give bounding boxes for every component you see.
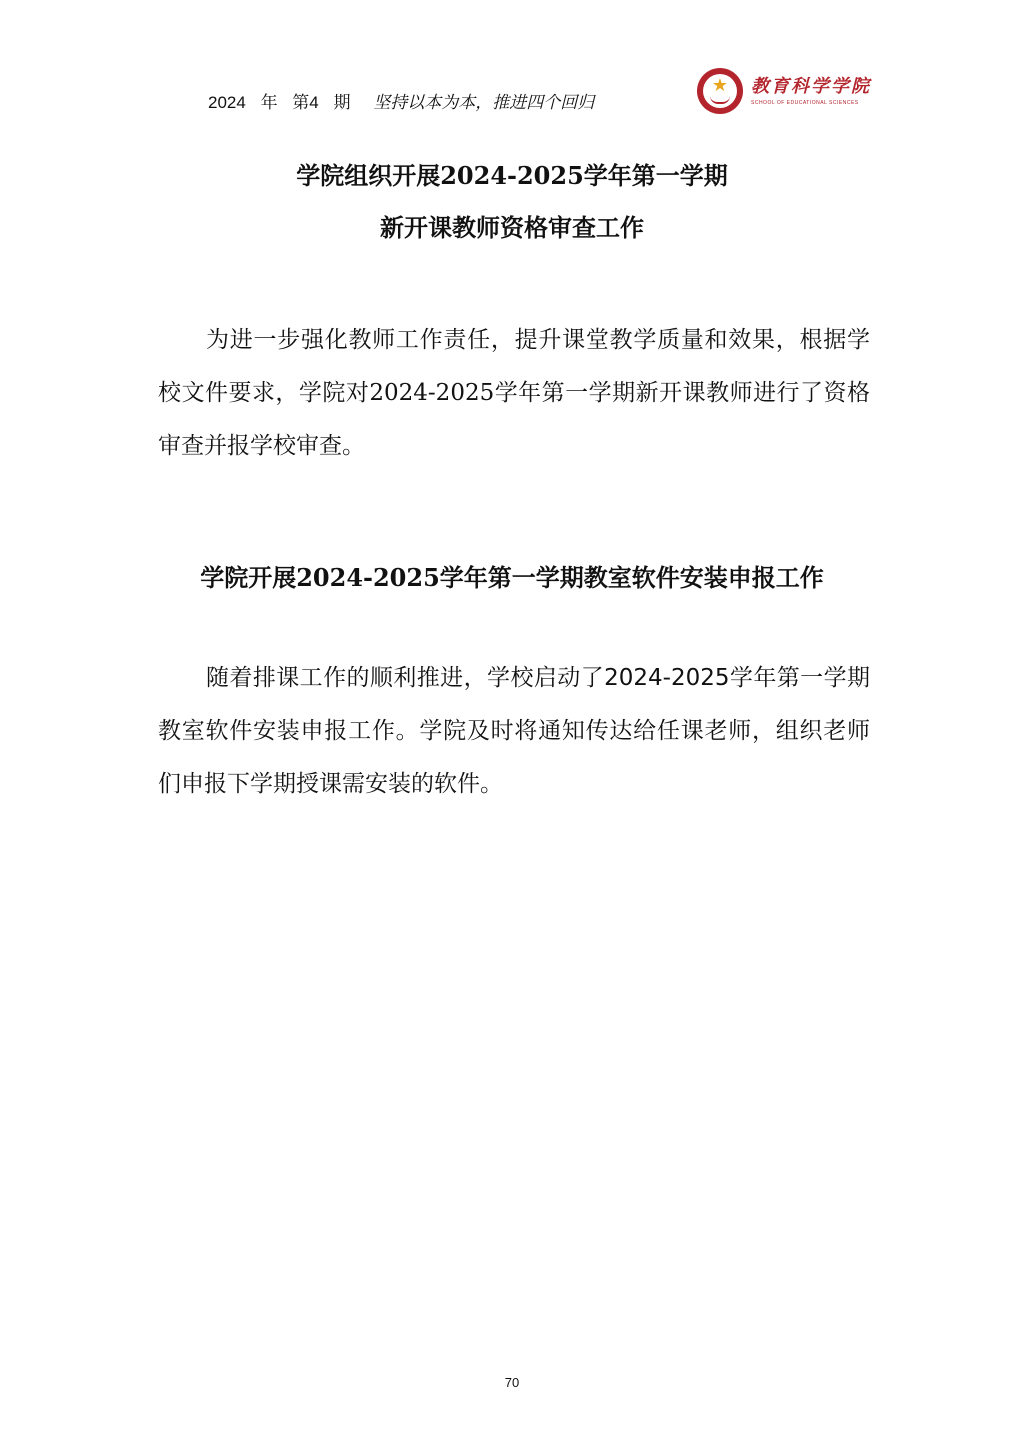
article-1-body: 为进一步强化教师工作责任，提升课堂教学质量和效果，根据学校文件要求，学院对202… [158,314,870,473]
star-icon: ★ [697,76,743,94]
header-year: 2024 [208,93,246,112]
page-number: 70 [0,1375,1024,1390]
header-slogan: 坚持以本为本，推进四个回归 [373,93,594,112]
article-2-body: 随着排课工作的顺利推进，学校启动了2024-2025学年第一学期教室软件安装申报… [158,652,870,811]
header-issue: 第4 [292,93,318,112]
book-icon [710,96,730,104]
article-1-title-line-2: 新开课教师资格审查工作 [0,208,1024,243]
college-seal-icon: ★ [697,68,743,114]
header-issue-label: 期 [334,93,351,112]
header-year-label: 年 [261,93,278,112]
logo-name-en: SCHOOL OF EDUCATIONAL SCIENCES [751,100,871,106]
article-1-title-line-1: 学院组织开展2024-2025学年第一学期 [0,156,1024,191]
logo-name-cn: 教育科学学院 [751,76,871,98]
issue-info: 2024 年 第4 期 [208,93,365,112]
college-logo: ★ 教育科学学院 SCHOOL OF EDUCATIONAL SCIENCES [697,64,872,118]
page-header: 2024 年 第4 期 坚持以本为本，推进四个回归 [208,88,594,113]
article-2-title: 学院开展2024-2025学年第一学期教室软件安装申报工作 [0,558,1024,593]
